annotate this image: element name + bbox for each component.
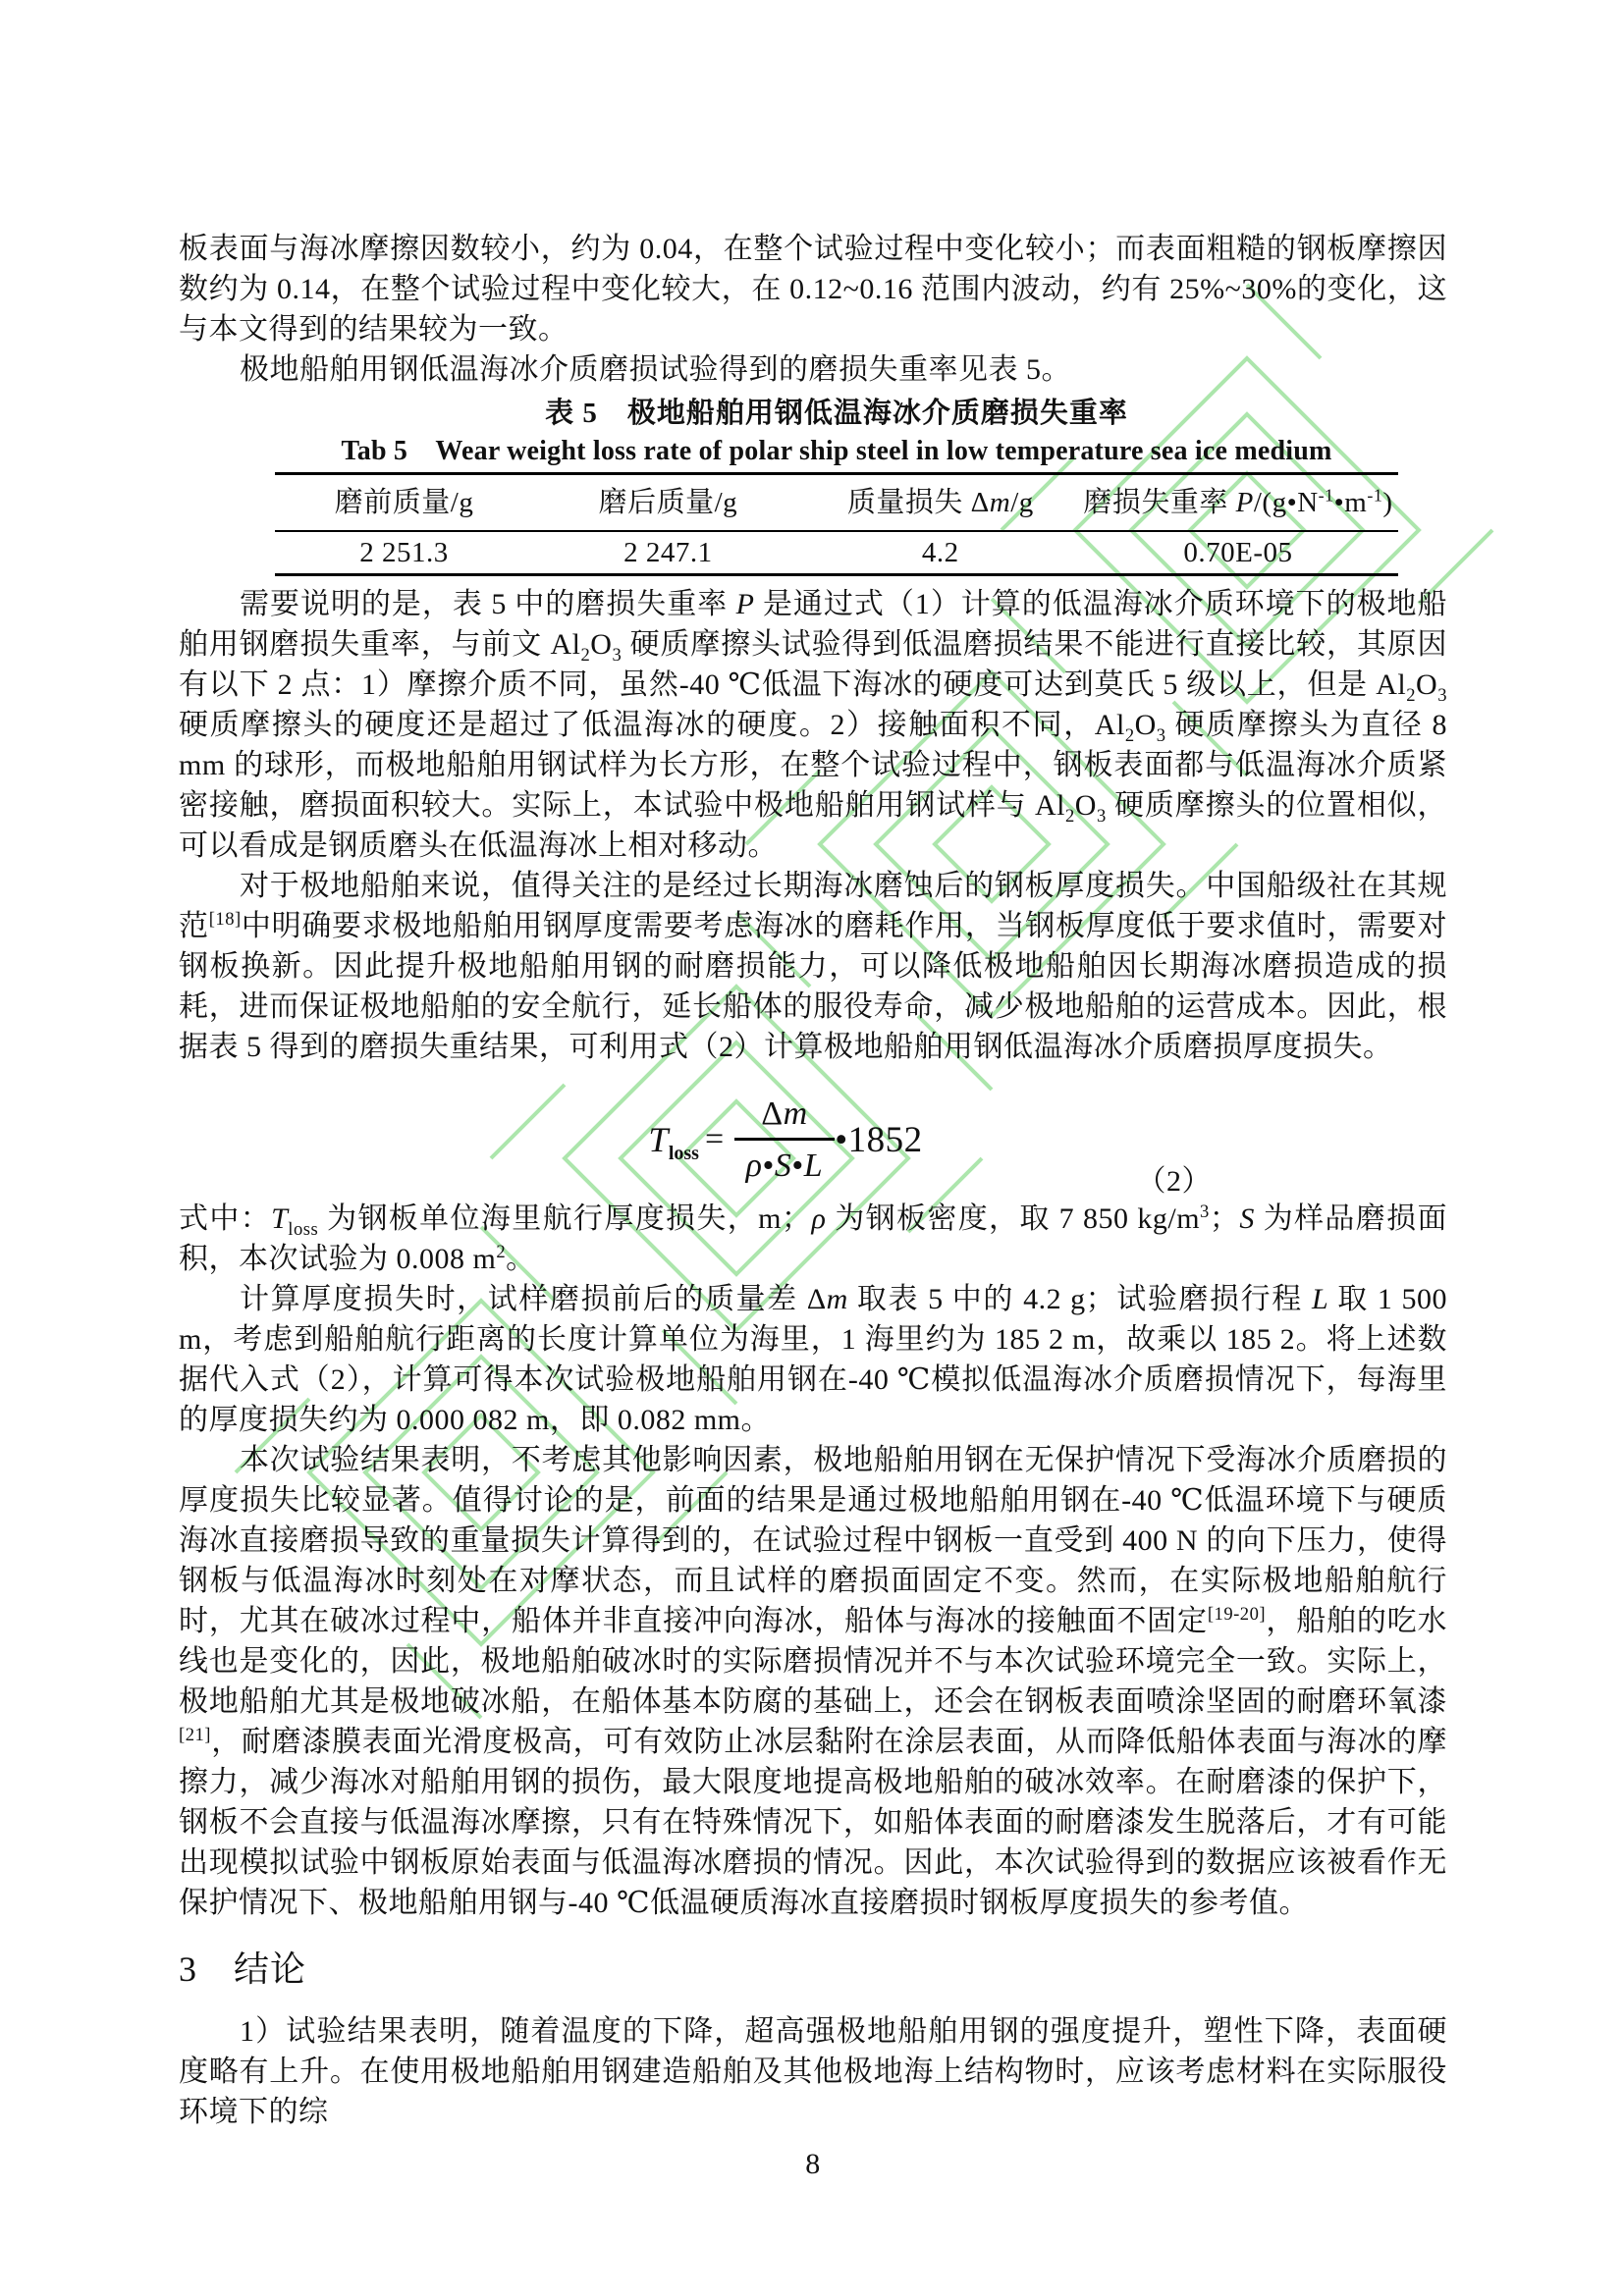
- table-cell: 0.70E-05: [1078, 533, 1398, 573]
- table-row: 2 251.3 2 247.1 4.2 0.70E-05: [275, 532, 1398, 573]
- table-header-cell: 磨损失重率 P/(g•N-1•m-1): [1078, 483, 1398, 523]
- table-cell: 2 247.1: [533, 533, 803, 573]
- paragraph-table-intro: 极地船舶用钢低温海冰介质磨损试验得到的磨损失重率见表 5。: [179, 349, 1447, 390]
- table-header-cell: 磨后质量/g: [533, 483, 803, 523]
- paragraph-table-discussion: 需要说明的是，表 5 中的磨损失重率 P 是通过式（1）计算的低温海冰介质环境下…: [179, 584, 1447, 866]
- paragraph-thickness-calc: 计算厚度损失时，试样磨损前后的质量差 Δm 取表 5 中的 4.2 g；试验磨损…: [179, 1279, 1447, 1440]
- page-content: 板表面与海冰摩擦因数较小，约为 0.04，在整个试验过程中变化较小；而表面粗糙的…: [179, 0, 1447, 2181]
- table-header-cell: 质量损失 Δm/g: [803, 483, 1078, 523]
- paragraph-thickness-loss: 对于极地船舶来说，值得关注的是经过长期海冰磨蚀后的钢板厚度损失。中国船级社在其规…: [179, 866, 1447, 1067]
- equation-multiplier: •1852: [835, 1122, 922, 1158]
- paragraph-formula-notation: 式中：Tloss 为钢板单位海里航行厚度损失，m；ρ 为钢板密度，取 7 850…: [179, 1199, 1447, 1279]
- document-page: { "page": { "number": "8" }, "watermark"…: [0, 0, 1624, 2296]
- table-header-cell: 磨前质量/g: [275, 483, 533, 523]
- table-cell: 4.2: [803, 533, 1078, 573]
- table-cell: 2 251.3: [275, 533, 533, 573]
- paragraph-result-discussion: 本次试验结果表明，不考虑其他影响因素，极地船舶用钢在无保护情况下受海冰介质磨损的…: [179, 1440, 1447, 1923]
- wear-loss-table: 磨前质量/g 磨后质量/g 质量损失 Δm/g 磨损失重率 P/(g•N-1•m…: [275, 472, 1398, 576]
- equals-sign: =: [705, 1123, 725, 1156]
- equation-2: Tloss = Δm ρ•S•L •1852 （2）: [151, 1081, 1420, 1199]
- paragraph-conclusion-1: 1）试验结果表明，随着温度的下降，超高强极地船舶用钢的强度提升，塑性下降，表面硬…: [179, 2011, 1447, 2132]
- table-caption-en: Tab 5 Wear weight loss rate of polar shi…: [275, 433, 1398, 470]
- fraction: Δm ρ•S•L: [734, 1097, 836, 1183]
- fraction-denominator: ρ•S•L: [734, 1138, 836, 1183]
- page-number: 8: [179, 2148, 1447, 2181]
- table-caption-zh: 表 5 极地船舶用钢低温海冰介质磨损失重率: [275, 394, 1398, 433]
- table-header-row: 磨前质量/g 磨后质量/g 质量损失 Δm/g 磨损失重率 P/(g•N-1•m…: [275, 475, 1398, 532]
- equation-number: （2）: [1137, 1167, 1213, 1197]
- paragraph-friction-results: 板表面与海冰摩擦因数较小，约为 0.04，在整个试验过程中变化较小；而表面粗糙的…: [179, 229, 1447, 349]
- equation-lhs: Tloss: [648, 1122, 699, 1157]
- section-heading-conclusion: 3 结论: [179, 1947, 1447, 1992]
- fraction-numerator: Δm: [734, 1097, 836, 1138]
